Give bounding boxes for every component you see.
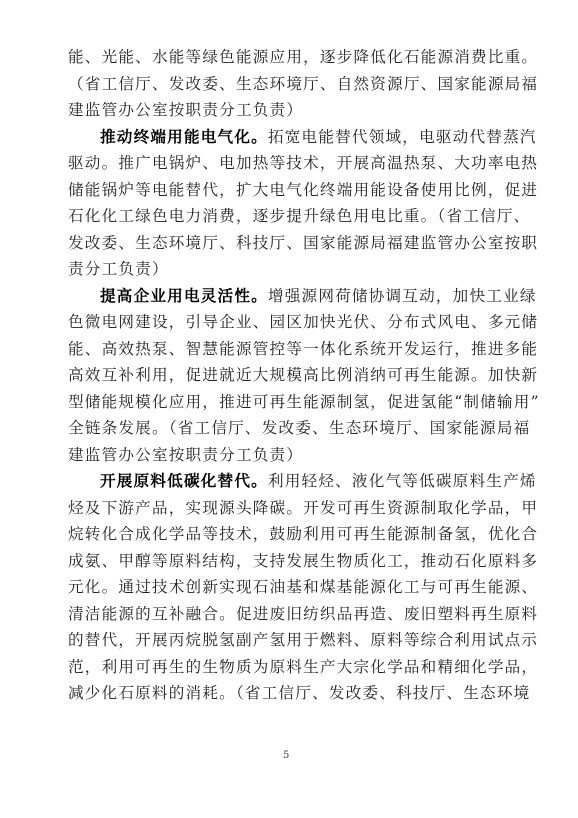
text-line: 烷转化合成化学品等技术，鼓励利用可再生能源制备氢，优化合 xyxy=(68,523,512,545)
text-line: 色微电网建设，引导企业、园区加快光伏、分布式风电、多元储 xyxy=(68,311,512,333)
text-line: 高效互补利用，促进就近大规模高比例消纳可再生能源。加快新 xyxy=(68,364,512,386)
text-line: 全链条发展。（省工信厅、发改委、生态环境厅、国家能源局福 xyxy=(68,417,512,439)
text-line: 驱动。推广电锅炉、电加热等技术，开展高温热泵、大功率电热 xyxy=(68,152,512,174)
text-line: 建监管办公室按职责分工负责） xyxy=(68,444,512,466)
text-line: 元化。通过技术创新实现石油基和煤基能源化工与可再生能源、 xyxy=(68,576,512,598)
text-line: 能、高效热泵、智慧能源管控等一体化系统开发运行，推进多能 xyxy=(68,338,512,360)
text-line: （省工信厅、发改委、生态环境厅、自然资源厅、国家能源局福 xyxy=(68,73,512,95)
text-span: 拓宽电能替代领域，电驱动代替蒸汽 xyxy=(268,128,537,146)
paragraph-heading: 开展原料低碳化替代。 xyxy=(100,471,268,490)
text-line: 烃及下游产品，实现源头降碳。开发可再生资源制取化学品，甲 xyxy=(68,497,512,519)
text-line: 型储能规模化应用，推进可再生能源制氢，促进氢能“制储输用” xyxy=(68,391,512,413)
text-line: 石化化工绿色电力消费，逐步提升绿色用电比重。（省工信厅、 xyxy=(68,205,512,227)
paragraph-first-line: 推动终端用能电气化。拓宽电能替代领域，电驱动代替蒸汽 xyxy=(100,126,512,148)
text-line: 范，利用可再生的生物质为原料生产大宗化学品和精细化学品， xyxy=(68,656,512,678)
text-line: 发改委、生态环境厅、科技厅、国家能源局福建监管办公室按职 xyxy=(68,232,512,254)
paragraph-first-line: 提高企业用电灵活性。增强源网荷储协调互动，加快工业绿 xyxy=(100,285,512,307)
paragraph-first-line: 开展原料低碳化替代。利用轻烃、液化气等低碳原料生产烯 xyxy=(100,470,512,492)
text-line: 能、光能、水能等绿色能源应用，逐步降低化石能源消费比重。 xyxy=(68,46,512,68)
document-page: 能、光能、水能等绿色能源应用，逐步降低化石能源消费比重。 （省工信厅、发改委、生… xyxy=(0,0,578,818)
text-line: 减少化石原料的消耗。（省工信厅、发改委、科技厅、生态环境 xyxy=(68,682,512,704)
text-line: 责分工负责） xyxy=(68,258,512,280)
page-number: 5 xyxy=(283,750,289,761)
paragraph-heading: 推动终端用能电气化。 xyxy=(100,127,268,146)
text-line: 的替代，开展丙烷脱氢副产氢用于燃料、原料等综合利用试点示 xyxy=(68,629,512,651)
text-span: 利用轻烃、液化气等低碳原料生产烯 xyxy=(268,472,537,490)
text-line: 建监管办公室按职责分工负责） xyxy=(68,99,512,121)
text-line: 清洁能源的互补融合。促进废旧纺织品再造、废旧塑料再生原料 xyxy=(68,603,512,625)
text-line: 储能锅炉等电能替代，扩大电气化终端用能设备使用比例，促进 xyxy=(68,179,512,201)
paragraph-heading: 提高企业用电灵活性。 xyxy=(100,286,268,305)
text-line: 成氨、甲醇等原料结构，支持发展生物质化工，推动石化原料多 xyxy=(68,550,512,572)
text-span: 增强源网荷储协调互动，加快工业绿 xyxy=(268,287,537,305)
